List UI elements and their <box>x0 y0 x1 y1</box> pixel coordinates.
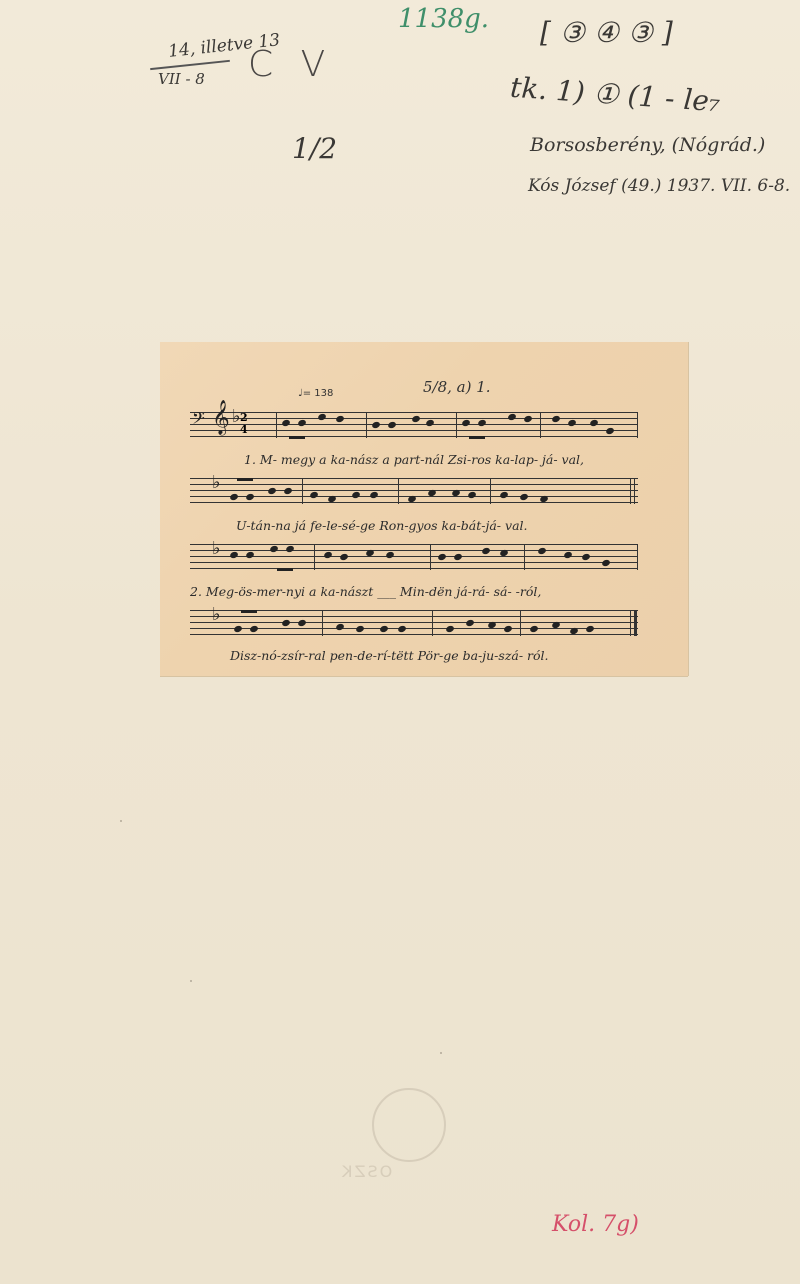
staff-2: ♭ <box>190 478 638 504</box>
half-mark: 1/2 <box>292 132 337 165</box>
treble-clef-icon: 𝄞 <box>212 400 230 435</box>
green-catalog-number: 1138g. <box>398 4 489 34</box>
fraction-line <box>150 60 230 70</box>
red-collection-note: Kol. 7g) <box>552 1212 639 1237</box>
lyric-line-1: 1. M- megy a ka-nász a part-nál Zsi-ros … <box>244 452 584 467</box>
lyric-line-3: 2. Meg-ös-mer-nyi a ka-nászt ___ Min-dën… <box>190 584 541 599</box>
tempo-marking: ♩= 138 <box>298 388 333 399</box>
staff-3: ♭ <box>190 544 638 570</box>
lyric-line-2: U-tán-na já fe-le-sé-ge Ron-gyos ka-bát-… <box>236 518 528 533</box>
lyric-line-4: Disz-nó-zsír-ral pen-de-rí-tëtt Pör-ge b… <box>230 648 549 663</box>
flat-icon: ♭ <box>212 538 221 559</box>
class-mark: C V <box>248 44 333 85</box>
staff-4: ♭ <box>190 610 638 636</box>
library-stamp <box>372 1088 446 1162</box>
catalog-fraction-bottom: VII - 8 <box>158 70 205 88</box>
tune-heading: 5/8, a) 1. <box>423 378 491 396</box>
tk-annotation: tk. 1) ① (1 - le₇ <box>509 71 721 119</box>
collector-and-date: Kós József (49.) 1937. VII. 6-8. <box>528 176 790 196</box>
flat-icon: ♭ <box>212 604 221 625</box>
paper-speck <box>120 820 122 822</box>
staff-1: 𝄢 𝄞 ♭ 24 <box>190 412 638 438</box>
bracket-codes: [ ③ ④ ③ ] <box>540 16 673 49</box>
archive-page: 14, illetve 13 VII - 8 C V 1/2 1138g. [ … <box>0 0 800 1284</box>
flat-icon: ♭ <box>212 472 221 493</box>
bass-clef-icon: 𝄢 <box>192 408 205 432</box>
stamp-text: OSZK <box>340 1162 392 1181</box>
time-signature: 24 <box>240 412 248 436</box>
music-clipping: 5/8, a) 1. ♩= 138 𝄢 𝄞 ♭ 24 1. M- megy a … <box>160 342 688 676</box>
place-of-collection: Borsosberény, (Nógrád.) <box>530 134 765 156</box>
paper-speck <box>190 980 192 982</box>
paper-speck <box>440 1052 442 1054</box>
